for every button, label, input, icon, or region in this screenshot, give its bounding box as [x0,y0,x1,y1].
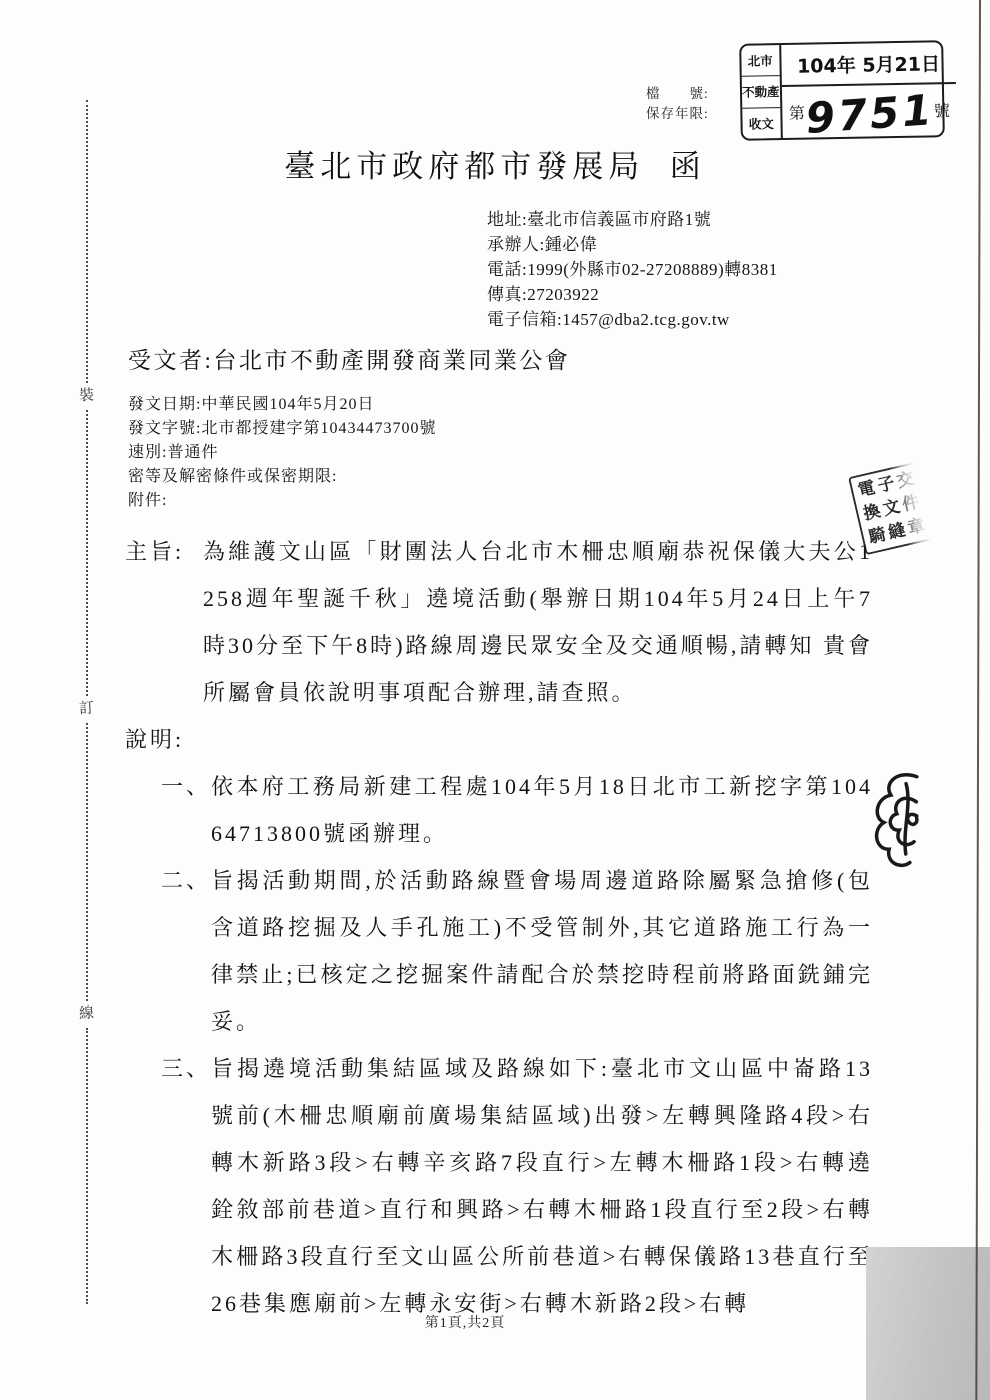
receipt-stamp-org-line1: 北市 [741,45,779,76]
sender-contact-person: 承辦人:鍾必偉 [487,232,778,257]
receipt-number-prefix: 第 [789,101,805,124]
meta-security: 密等及解密條件或保密期限: [128,465,436,489]
page-footer: 第1頁,共2頁 [0,1312,930,1332]
item-number: 一、 [161,763,211,857]
meta-doc-number: 發文字號:北市都授建字第10434473700號 [128,417,436,441]
item-number: 二、 [161,857,211,1045]
receipt-stamp-org-line2: 不動產 [742,75,780,107]
item-number: 三、 [161,1045,211,1327]
binding-dotted-line [86,723,88,1001]
receipt-stamp-org-line3: 收文 [742,107,780,139]
recipient-line: 受文者:台北市不動產開發商業同業公會 [128,342,570,375]
sender-email: 電子信箱:1457@dba2.tcg.gov.tw [487,307,778,332]
item-text: 旨揭遶境活動集結區域及路線如下:臺北市文山區中崙路13號前(木柵忠順廟前廣場集結… [211,1045,873,1327]
sender-contact-block: 地址:臺北市信義區市府路1號 承辦人:鍾必偉 電話:1999(外縣市02-272… [487,207,778,332]
letter-body: 主旨: 為維護文山區「財團法人台北市木柵忠順廟恭祝保儀大夫公1258週年聖誕千秋… [125,528,873,1327]
file-number-labels: 檔 號: 保存年限: [646,84,709,124]
explanation-item-1: 一、 依本府工務局新建工程處104年5月18日北市工新挖字第1046471380… [161,763,873,857]
file-no-label: 檔 號: [646,84,709,104]
scan-corner-shadow [866,1247,990,1400]
explanation-item-3: 三、 旨揭遶境活動集結區域及路線如下:臺北市文山區中崙路13號前(木柵忠順廟前廣… [161,1045,873,1327]
binding-dotted-line [86,1028,88,1304]
scanned-official-letter-page: 裝 訂 線 檔 號: 保存年限: 北市 不動產 收文 104年 5月21日 第 … [0,0,990,1400]
binding-margin: 裝 訂 線 [78,100,96,1306]
subject-label: 主旨: [125,528,203,716]
receipt-stamp-right: 104年 5月21日 第 9751 號 [781,42,958,138]
meta-speed: 速別:普通件 [128,441,436,465]
sender-phone: 電話:1999(外縣市02-27208889)轉8381 [487,257,778,282]
receipt-stamp-number-row: 第 9751 號 [781,84,957,138]
binding-dotted-line [86,410,88,696]
receipt-stamp-org: 北市 不動產 收文 [741,45,782,139]
sender-address: 地址:臺北市信義區市府路1號 [487,207,778,232]
binding-mark-ding: 訂 [79,699,95,721]
document-meta-block: 發文日期:中華民國104年5月20日 發文字號:北市都授建字第104344737… [128,393,436,513]
sender-fax: 傳真:27203922 [487,282,778,307]
explanation-item-2: 二、 旨揭活動期間,於活動路線暨會場周邊道路除屬緊急搶修(包含道路挖掘及人手孔施… [161,857,873,1045]
binding-mark-xian: 線 [79,1004,95,1026]
explanation-label: 說明: [125,716,873,763]
receipt-number-suffix: 號 [934,98,950,121]
retention-label: 保存年限: [646,104,709,124]
meta-attachment: 附件: [128,489,436,513]
binding-mark-zhuang: 裝 [79,386,95,408]
receipt-stamp-date: 104年 5月21日 [781,42,957,87]
item-text: 依本府工務局新建工程處104年5月18日北市工新挖字第10464713800號函… [211,763,873,857]
subject-text: 為維護文山區「財團法人台北市木柵忠順廟恭祝保儀大夫公1258週年聖誕千秋」遶境活… [203,528,873,716]
receipt-number-handwritten: 9751 [804,90,935,139]
document-title: 臺北市政府都市發展局 函 [0,141,990,186]
flower-seal-icon [867,768,930,878]
item-text: 旨揭活動期間,於活動路線暨會場周邊道路除屬緊急搶修(包含道路挖掘及人手孔施工)不… [211,857,873,1045]
subject-paragraph: 主旨: 為維護文山區「財團法人台北市木柵忠順廟恭祝保儀大夫公1258週年聖誕千秋… [125,528,873,716]
scan-edge-line [975,0,981,1400]
receipt-stamp: 北市 不動產 收文 104年 5月21日 第 9751 號 [739,40,945,141]
meta-send-date: 發文日期:中華民國104年5月20日 [128,393,436,417]
